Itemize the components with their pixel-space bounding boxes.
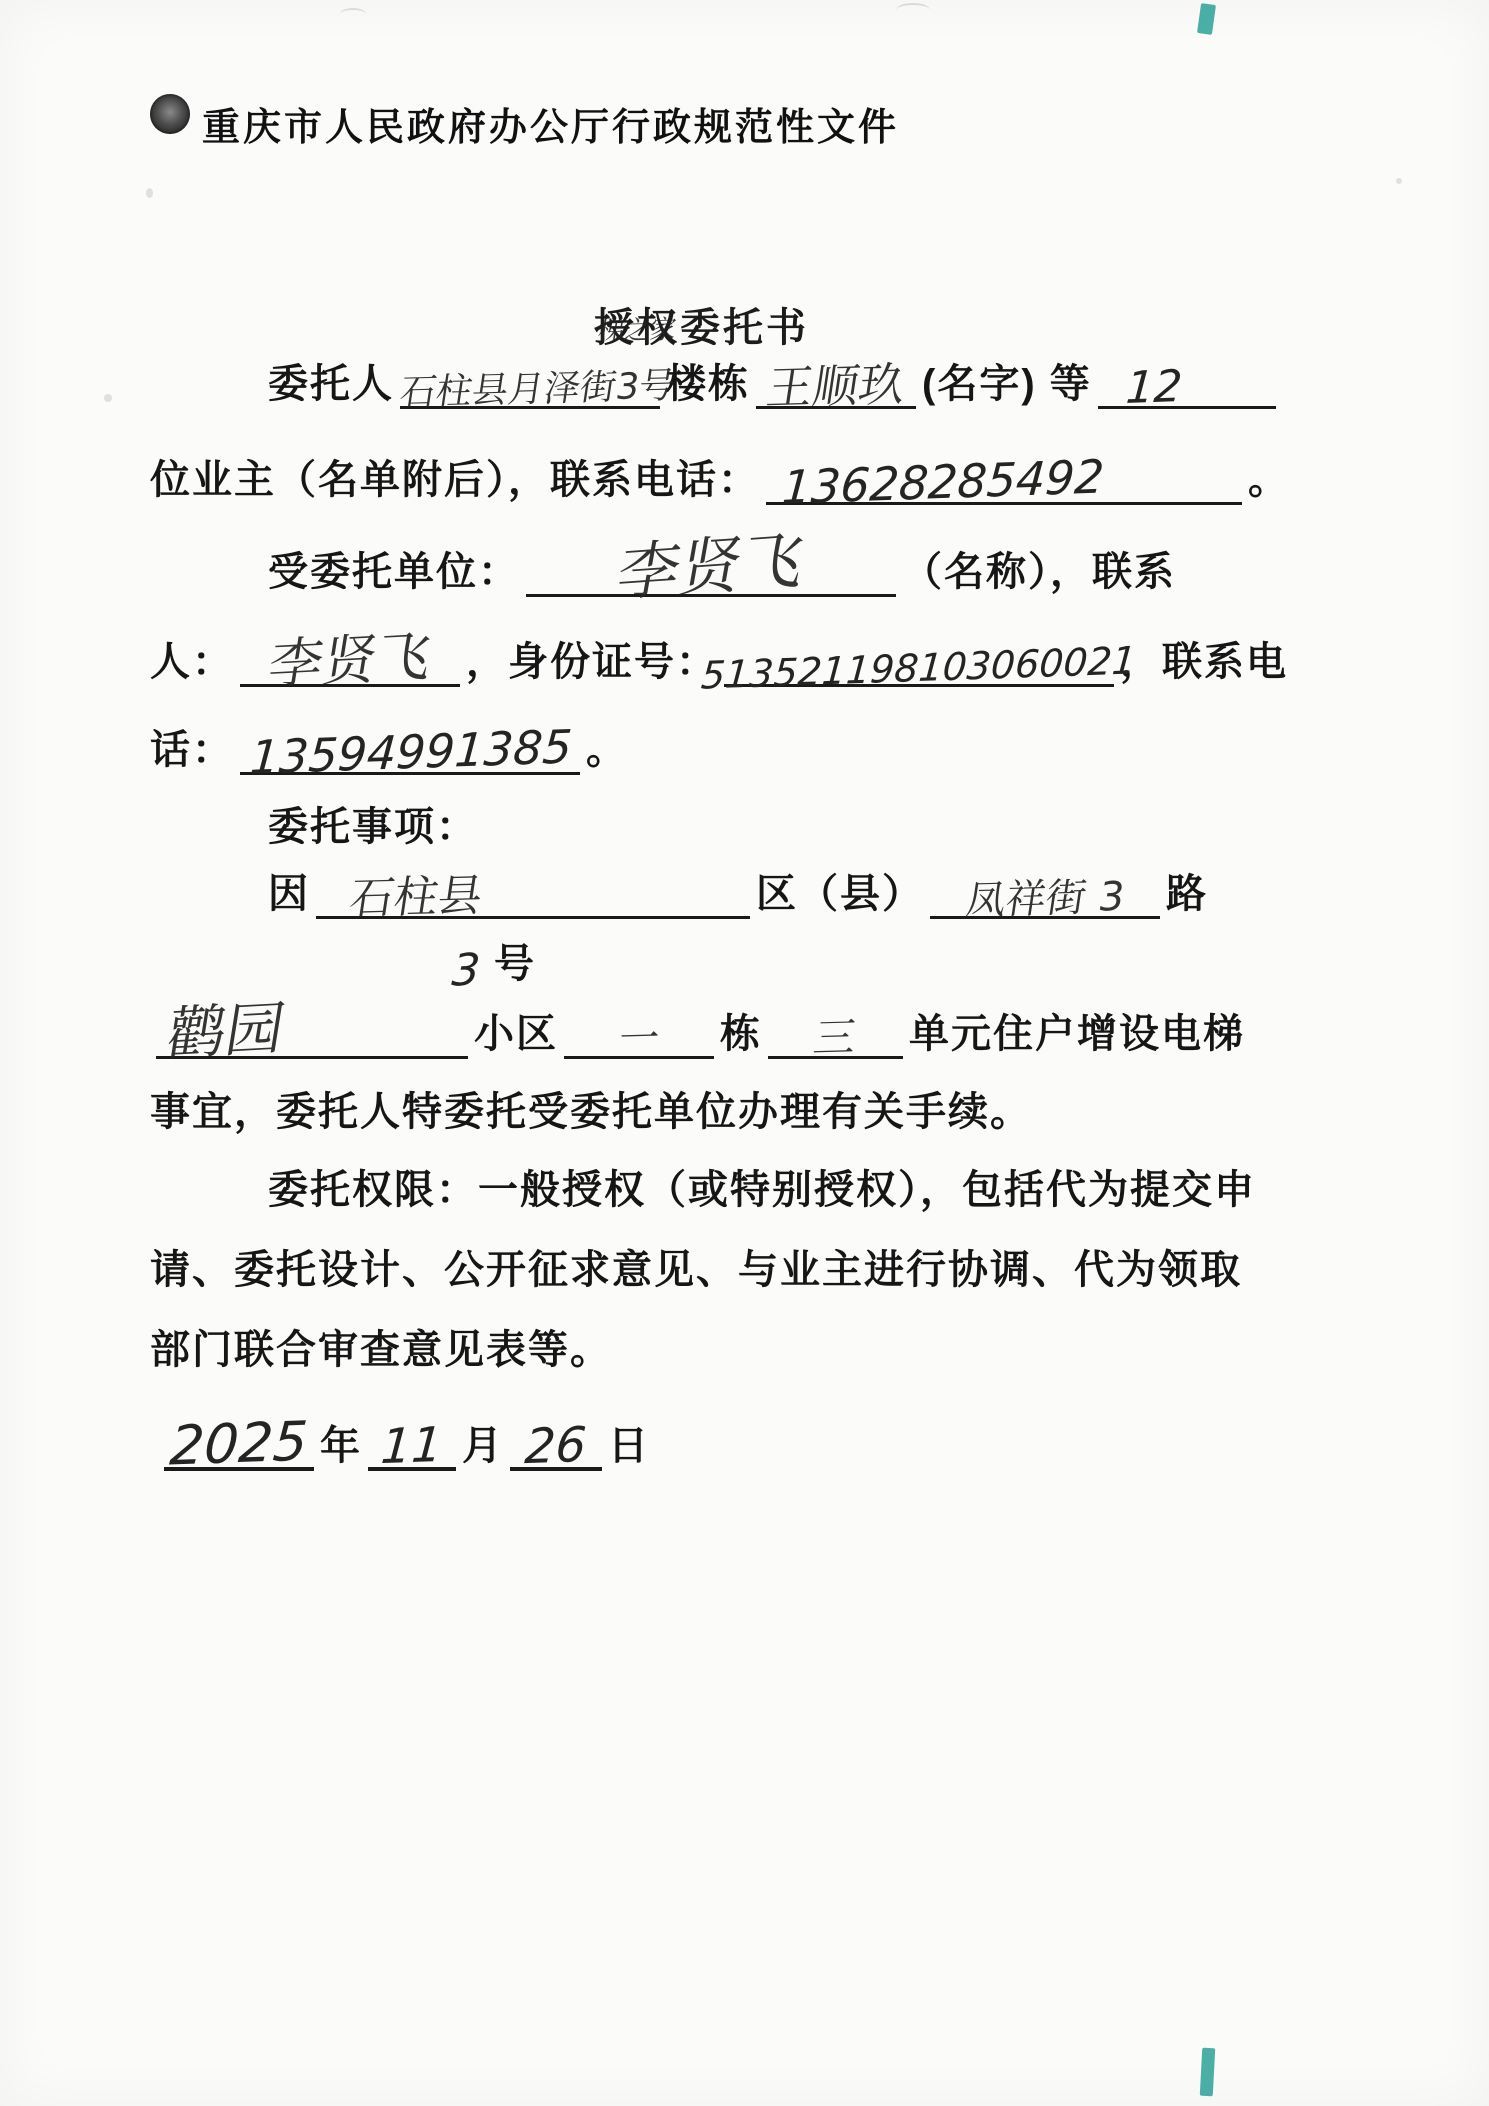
- label-day: 日: [608, 1414, 650, 1471]
- government-emblem-icon: [150, 94, 190, 134]
- label-community: 小区: [474, 1002, 558, 1059]
- principal-line: 梯之家 委托人 石柱县月泽街3号 楼栋 王顺玖 (名字) 等 12: [268, 352, 1282, 409]
- scan-artifact: [1396, 178, 1402, 184]
- label-agency-suffix: （名称），联系: [902, 540, 1176, 597]
- label-building-unit: 栋: [720, 1002, 762, 1059]
- authority-line-1: 委托权限：一般授权（或特别授权），包括代为提交申: [268, 1158, 1256, 1215]
- location-line: 因 石柱县 区（县） 凤祥街 3 路: [268, 862, 1208, 919]
- scan-artifact: [896, 3, 930, 17]
- blank-contact-name: 李贤飞: [240, 632, 460, 687]
- blank-id-number: 513521198103060021: [724, 632, 1114, 687]
- label-contact-person: 人：: [150, 630, 234, 687]
- label-owners-phone: 位业主（名单附后），联系电话：: [150, 448, 760, 505]
- blank-contact-phone: 13594991385: [240, 720, 580, 775]
- label-month: 月: [462, 1414, 504, 1471]
- contact-line: 人： 李贤飞 ，身份证号： 513521198103060021 ，联系电: [150, 630, 1288, 687]
- handwritten-building-no: 一: [616, 1021, 661, 1056]
- matters-heading-line: 委托事项：: [268, 795, 478, 852]
- label-district: 区（县）: [756, 862, 924, 919]
- matters-body-text: 事宜，委托人特委托受委托单位办理有关手续。: [150, 1080, 1032, 1137]
- scanned-document-page: 重庆市人民政府办公厅行政规范性文件 授权委托书 梯之家 委托人 石柱县月泽街3号…: [0, 0, 1489, 2106]
- handwritten-agency-name: 李贤飞: [613, 534, 808, 600]
- label-road: 路: [1166, 862, 1208, 919]
- label-principal: 委托人: [268, 352, 394, 409]
- blank-community: 鹳园: [156, 1004, 468, 1059]
- label-year: 年: [320, 1414, 362, 1471]
- blank-year: 2025: [164, 1415, 314, 1471]
- number-line: 3 号: [452, 932, 536, 989]
- blank-day: 26: [510, 1415, 602, 1471]
- handwritten-owners-phone: 13628285492: [781, 457, 1105, 507]
- handwritten-month: 11: [380, 1425, 444, 1468]
- handwritten-id-number: 513521198103060021: [700, 644, 1137, 692]
- authority-line-2: 请、委托设计、公开征求意见、与业主进行协调、代为领取: [150, 1238, 1242, 1295]
- blank-unit-no: 三: [768, 1004, 903, 1059]
- blank-street: 凤祥街 3: [930, 864, 1160, 919]
- label-name-suffix: (名字) 等: [922, 352, 1092, 409]
- authority-text-2: 请、委托设计、公开征求意见、与业主进行协调、代为领取: [150, 1238, 1242, 1295]
- agency-line: 受委托单位： 李贤飞 （名称），联系: [268, 540, 1176, 597]
- handwritten-unit-no: 三: [812, 1020, 859, 1057]
- handwritten-principal-address: 石柱县月泽街3号: [398, 372, 677, 410]
- blank-month: 11: [368, 1415, 456, 1471]
- label-number: 号: [494, 932, 536, 989]
- label-because: 因: [268, 862, 310, 919]
- handwritten-annotation: 梯之家: [596, 319, 677, 343]
- blank-district: 石柱县: [316, 864, 750, 919]
- blank-agency-name: 李贤飞: [526, 542, 896, 597]
- label-matters-heading: 委托事项：: [268, 795, 478, 852]
- label-building-row: 楼栋: [666, 352, 750, 409]
- handwritten-district: 石柱县: [347, 877, 485, 918]
- label-phone-period: 。: [586, 718, 628, 775]
- blank-owner-count: 12: [1098, 354, 1276, 409]
- handwritten-owner-count: 12: [1124, 368, 1183, 407]
- handwritten-principal-name: 王顺玖: [764, 365, 908, 408]
- blank-principal-name: 王顺玖: [756, 354, 916, 409]
- label-agency: 受委托单位：: [268, 540, 520, 597]
- handwritten-community: 鹳园: [164, 1003, 288, 1059]
- authority-line-3: 部门联合审查意见表等。: [150, 1318, 612, 1375]
- label-unit-elevator: 单元住户增设电梯: [909, 1002, 1245, 1059]
- matters-body-line: 事宜，委托人特委托受委托单位办理有关手续。: [150, 1080, 1032, 1137]
- community-line: 鹳园 小区 一 栋 三 单元住户增设电梯: [150, 1002, 1245, 1059]
- date-line: 2025 年 11 月 26 日: [158, 1414, 650, 1471]
- handwritten-year: 2025: [169, 1419, 310, 1470]
- authority-text-1: 委托权限：一般授权（或特别授权），包括代为提交申: [268, 1158, 1256, 1215]
- label-period: 。: [1248, 448, 1290, 505]
- authority-text-3: 部门联合审查意见表等。: [150, 1318, 612, 1375]
- scan-artifact: [146, 188, 153, 198]
- blank-principal-address: 石柱县月泽街3号: [400, 354, 660, 409]
- handwritten-contact-name: 李贤飞: [265, 634, 434, 689]
- label-contact-suffix: ，联系电: [1120, 630, 1288, 687]
- owners-line: 位业主（名单附后），联系电话： 13628285492 。: [150, 448, 1290, 505]
- label-id-number: ，身份证号：: [466, 630, 718, 687]
- blank-owners-phone: 13628285492: [766, 450, 1242, 505]
- scan-corner-mark-bottom: [1200, 2048, 1215, 2097]
- scan-corner-mark-top: [1197, 3, 1216, 35]
- scan-artifact: [104, 394, 112, 402]
- header-agency-title: 重庆市人民政府办公厅行政规范性文件: [202, 96, 899, 151]
- label-phone: 话：: [150, 718, 234, 775]
- handwritten-day: 26: [524, 1425, 588, 1468]
- scan-artifact: [340, 8, 366, 20]
- handwritten-number: 3: [451, 951, 482, 989]
- blank-building-no: 一: [564, 1004, 714, 1059]
- handwritten-contact-phone: 13594991385: [249, 727, 573, 777]
- handwritten-street: 凤祥街 3: [963, 880, 1126, 918]
- contact-phone-line: 话： 13594991385 。: [150, 718, 628, 775]
